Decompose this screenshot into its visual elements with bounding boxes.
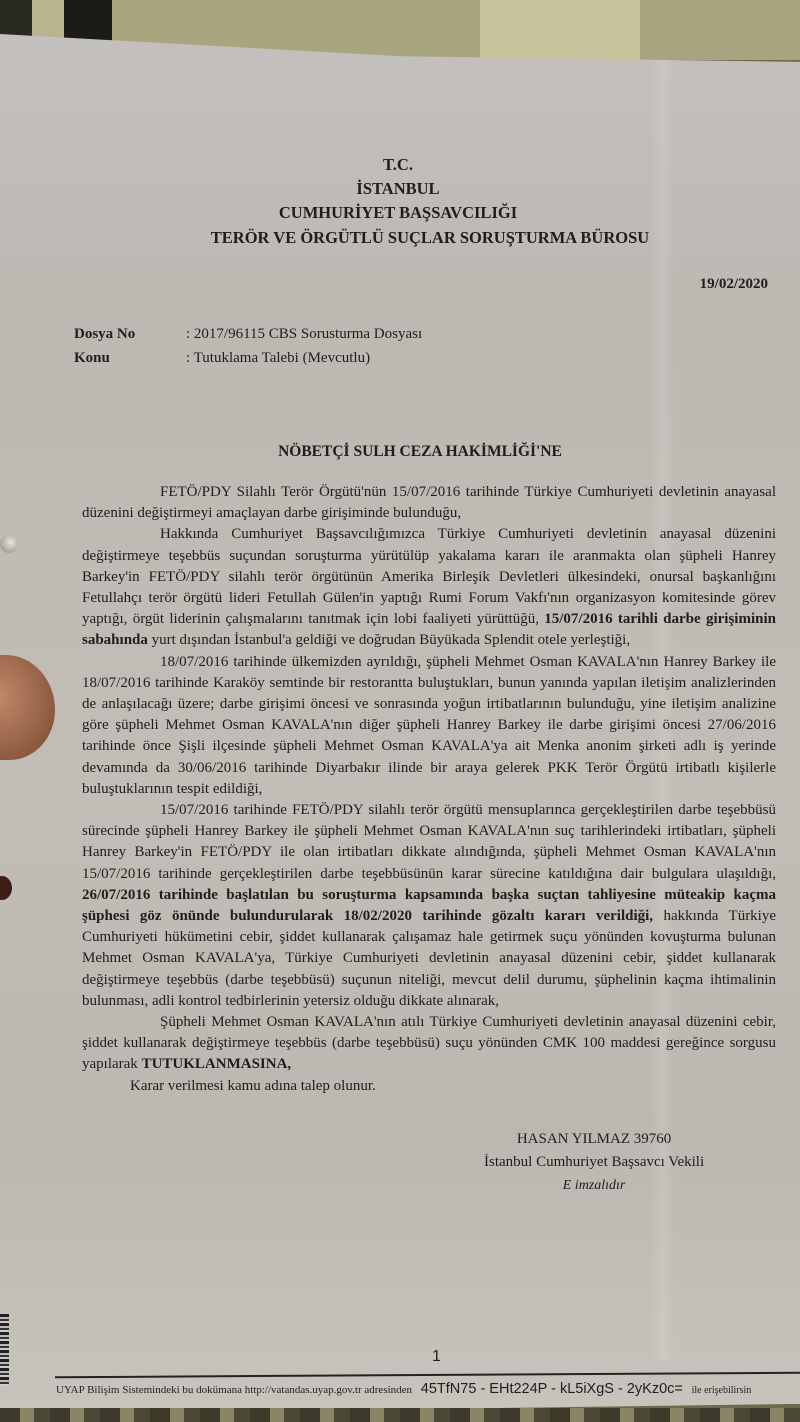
paragraph-2: Hakkında Cumhuriyet Başsavcılığımızca Tü… — [82, 524, 776, 651]
paragraph-1: FETÖ/PDY Silahlı Terör Örgütü'nün 15/07/… — [82, 482, 776, 524]
header-tc: T.C. — [0, 155, 798, 175]
paragraph-4: 15/07/2016 tarihinde FETÖ/PDY silahlı te… — [82, 800, 776, 1012]
header-city: İSTANBUL — [0, 179, 798, 199]
document-body: FETÖ/PDY Silahlı Terör Örgütü'nün 15/07/… — [82, 482, 776, 1097]
verification-code: 45TfN75 - EHt224P - kL5iXgS - 2yKz0c= — [421, 1381, 683, 1397]
subject-value: : Tutuklama Talebi (Mevcutlu) — [186, 350, 370, 366]
footer-divider — [55, 1372, 800, 1379]
signer-name: HASAN YILMAZ 39760 — [484, 1128, 704, 1151]
page-number: 1 — [432, 1348, 441, 1366]
water-drop — [0, 535, 18, 553]
signature-block: HASAN YILMAZ 39760 İstanbul Cumhuriyet B… — [484, 1128, 704, 1197]
bold-emphasis: TUTUKLANMASINA, — [142, 1056, 292, 1072]
header-office: CUMHURİYET BAŞSAVCILIĞI — [0, 203, 798, 223]
footer-tail: ile erişebilirsin — [692, 1385, 752, 1396]
paragraph-5: Şüpheli Mehmet Osman KAVALA'nın atılı Tü… — [82, 1012, 776, 1076]
addressee: NÖBETÇİ SULH CEZA HAKİMLİĞİ'NE — [0, 443, 800, 461]
file-number-label: Dosya No — [74, 326, 186, 343]
header-bureau: TERÖR VE ÖRGÜTLÜ SUÇLAR SORUŞTURMA BÜROS… — [30, 228, 800, 248]
file-number-value: : 2017/96115 CBS Sorusturma Dosyası — [186, 326, 422, 342]
paragraph-6: Karar verilmesi kamu adına talep olunur. — [82, 1076, 776, 1097]
paragraph-3: 18/07/2016 tarihinde ülkemizden ayrıldığ… — [82, 652, 776, 800]
file-number-row: Dosya No: 2017/96115 CBS Sorusturma Dosy… — [74, 326, 422, 343]
footer-text: UYAP Bilişim Sistemindeki bu dokümana ht… — [56, 1384, 412, 1396]
subject-label: Konu — [74, 350, 186, 367]
e-signature-note: E imzalıdır — [484, 1174, 704, 1197]
document: T.C. İSTANBUL CUMHURİYET BAŞSAVCILIĞI TE… — [0, 0, 800, 1422]
footer: UYAP Bilişim Sistemindeki bu dokümana ht… — [56, 1381, 800, 1397]
barcode-icon — [0, 1314, 9, 1386]
signer-title: İstanbul Cumhuriyet Başsavcı Vekili — [484, 1151, 704, 1174]
subject-row: Konu: Tutuklama Talebi (Mevcutlu) — [74, 350, 370, 367]
document-date: 19/02/2020 — [700, 276, 768, 293]
